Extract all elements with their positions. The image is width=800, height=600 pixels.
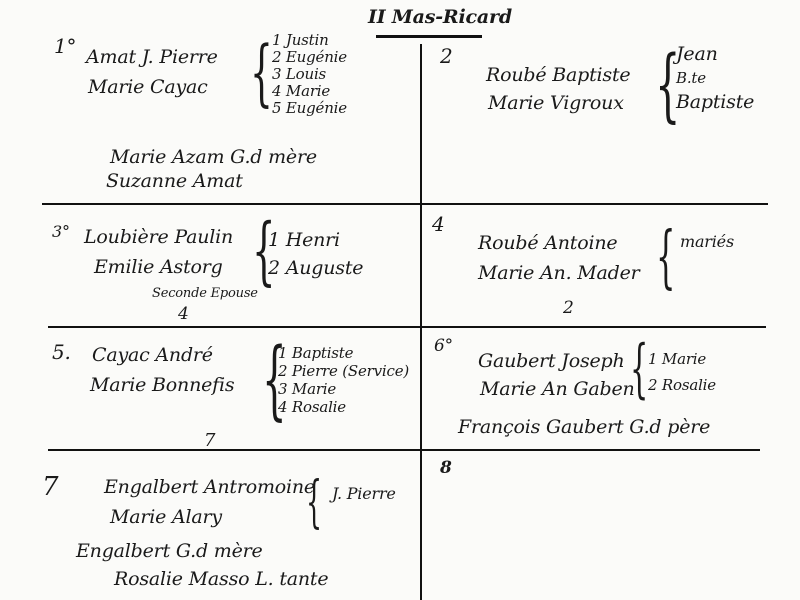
father-name: Gaubert Joseph (478, 350, 625, 372)
brace-icon: { (250, 30, 273, 114)
child-name: 2 Pierre (Service) (278, 362, 409, 380)
mother-name: Emilie Astorg (94, 256, 223, 278)
mother-name: Marie Bonnefis (90, 374, 234, 396)
row-divider-2 (48, 326, 766, 328)
mother-name: Marie Cayac (88, 76, 208, 98)
child-name: 4 Rosalie (278, 398, 409, 416)
child-name: 3 Louis (272, 66, 347, 83)
child-name: 3 Marie (278, 380, 409, 398)
column-divider (420, 44, 422, 600)
father-name: Amat J. Pierre (86, 46, 218, 68)
mother-name: Marie Vigroux (488, 92, 624, 114)
children-list: Jean B.te Baptiste (676, 42, 754, 114)
page-title: II Mas-Ricard (368, 6, 512, 28)
household-number: 5. (52, 340, 71, 364)
register-page: II Mas-Ricard 1° Amat J. Pierre Marie Ca… (0, 0, 800, 600)
child-name: 1 Justin (272, 32, 347, 49)
father-name: Cayac André (92, 344, 213, 366)
extra-member: Engalbert G.d mère (76, 540, 263, 562)
household-number: 3° (52, 222, 70, 241)
children-list: 1 Henri 2 Auguste (268, 226, 363, 282)
father-name: Roubé Baptiste (486, 64, 630, 86)
status-note: mariés (680, 232, 734, 251)
child-name: 1 Henri (268, 226, 363, 254)
children-list: 1 Justin 2 Eugénie 3 Louis 4 Marie 5 Eug… (272, 32, 347, 117)
children-list: 1 Baptiste 2 Pierre (Service) 3 Marie 4 … (278, 344, 409, 416)
child-name: 1 Baptiste (278, 344, 409, 362)
household-number: 1° (54, 34, 76, 58)
mother-name: Marie An Gaben (480, 378, 635, 400)
title-underline (376, 35, 482, 38)
member-count: 4 (178, 304, 189, 324)
extra-member: François Gaubert G.d père (458, 416, 710, 438)
row-divider-3 (48, 449, 760, 451)
child-name: B.te (676, 66, 754, 90)
brace-icon: { (630, 332, 648, 406)
child-name: 2 Auguste (268, 254, 363, 282)
child-name: J. Pierre (332, 484, 396, 503)
member-count: 7 (204, 430, 215, 451)
household-number: 6° (434, 336, 453, 356)
household-number: 8 (440, 458, 452, 478)
children-list: 1 Marie 2 Rosalie (648, 346, 716, 398)
child-name: 2 Eugénie (272, 49, 347, 66)
row-divider-1 (42, 203, 768, 205)
mother-name: Marie Alary (110, 506, 222, 528)
child-name: Jean (676, 42, 754, 66)
extra-member: Rosalie Masso L. tante (114, 568, 328, 590)
child-name: 5 Eugénie (272, 100, 347, 117)
mother-name: Marie An. Mader (478, 262, 640, 284)
child-name: 4 Marie (272, 83, 347, 100)
child-name: Baptiste (676, 90, 754, 114)
spouse-note: Seconde Epouse (152, 286, 258, 301)
father-name: Loubière Paulin (84, 226, 233, 248)
extra-member: Suzanne Amat (106, 170, 243, 192)
member-count: 2 (563, 298, 574, 318)
household-number: 7 (42, 472, 58, 502)
household-number: 4 (432, 212, 445, 236)
child-name: 2 Rosalie (648, 372, 716, 398)
brace-icon: { (656, 218, 675, 297)
father-name: Roubé Antoine (478, 232, 617, 254)
father-name: Engalbert Antromoine (104, 476, 315, 498)
brace-icon: { (306, 470, 322, 535)
household-number: 2 (440, 44, 453, 68)
extra-member: Marie Azam G.d mère (110, 146, 317, 168)
child-name: 1 Marie (648, 346, 716, 372)
